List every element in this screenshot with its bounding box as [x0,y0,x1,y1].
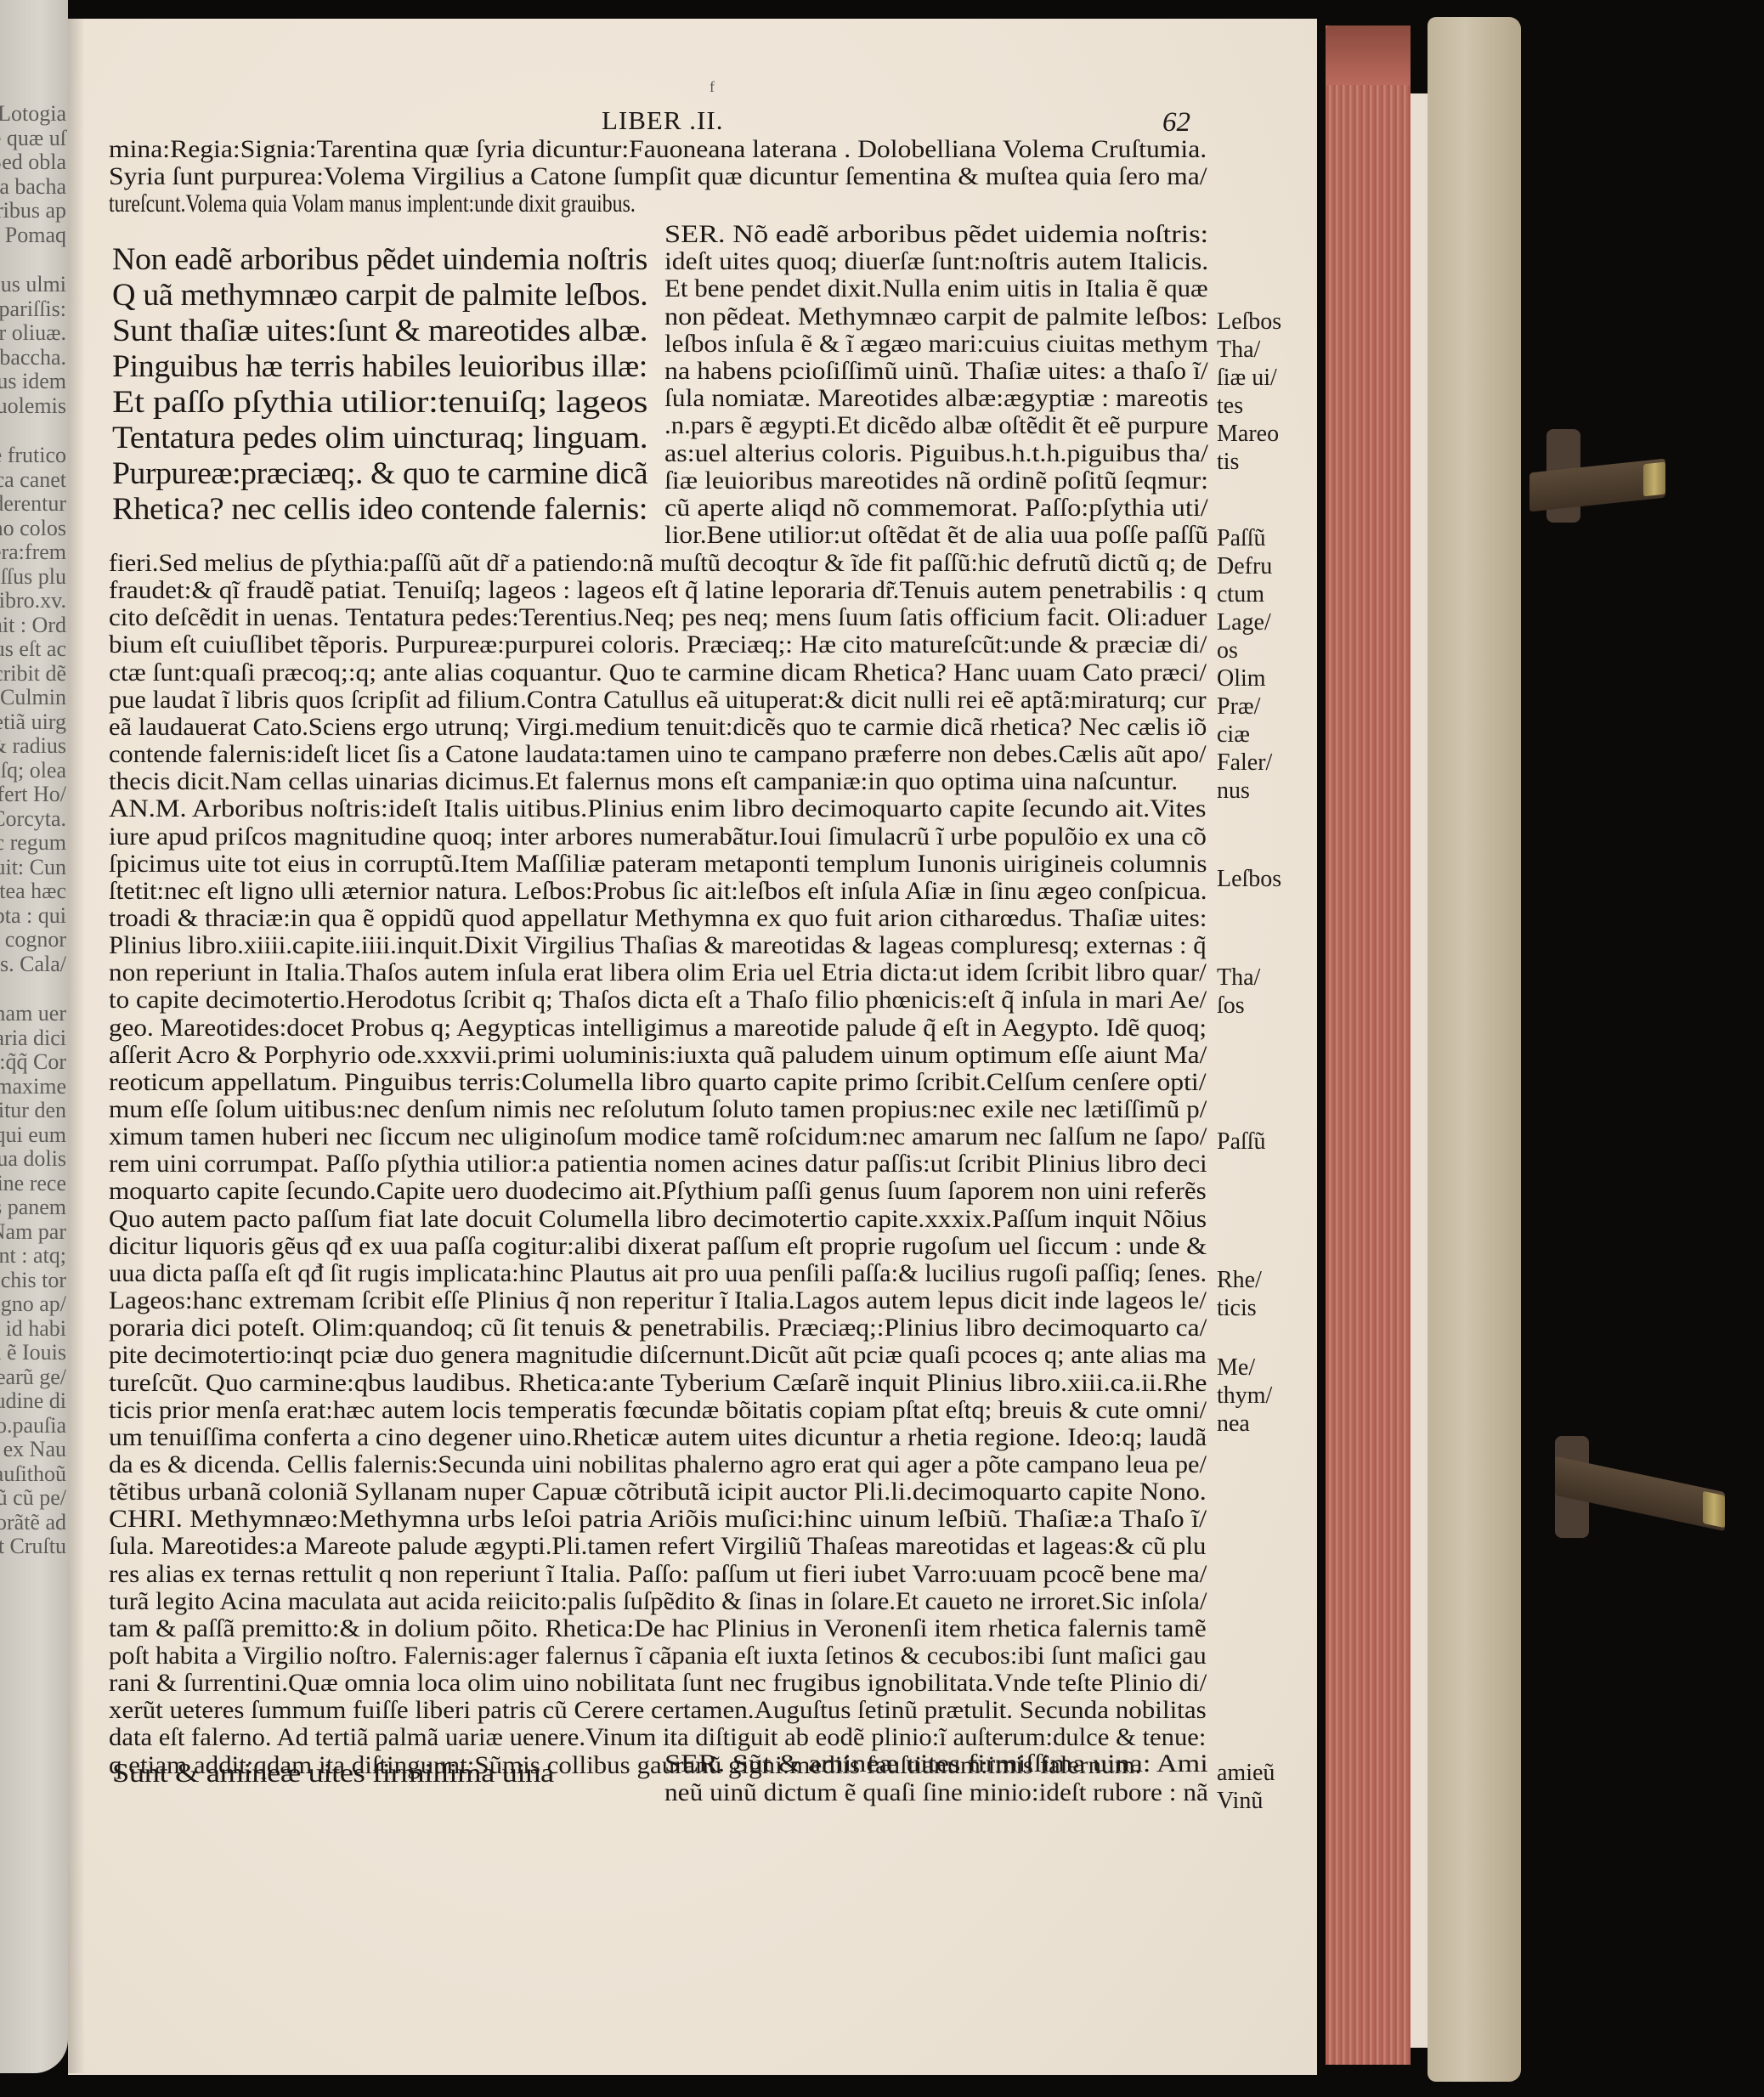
commentary-line-text: uua dicta paſſa eſt qđ ſit rugis implica… [109,1260,1207,1287]
margin-note: Rhe/ [1217,1266,1262,1294]
previous-page-text-fragment: rietatem. Lotogia [0,102,66,126]
intro-line: Syria ſunt purpurea:Volema Virgilius a C… [109,163,1209,190]
commentary-line-text: non reperiunt in Italia.Thaſos autem inſ… [109,959,1207,986]
previous-page-text-fragment: minus. Cala/ [0,952,66,976]
commentary-line-text: poſt habita a Virgilio noſtro. Falernis:… [109,1642,1207,1670]
margin-note: Faler/ [1217,749,1272,777]
closing-verse-line-text: Sunt & amineæ uites firmiſſima uina [112,1759,554,1786]
commentary-line: ctæ ſunt:quaſi præcoq;:q; ante alias coq… [109,659,1209,687]
commentary-line-text: Lageos:hanc extremam ſcribit eſſe Pliniu… [109,1287,1207,1314]
commentary-line-text: tam & paſſã premitto:& in dolium põito. … [109,1615,1207,1642]
servius-line-text: ſula nomiatæ. Mareotides albæ:ægyptiæ : … [664,385,1208,412]
commentary-line: iure apud priſcos magnitudine quoq; inte… [109,823,1209,851]
previous-page-text-fragment: : Naſcitur den [0,1099,66,1122]
commentary-line: bium eſt cuiuſlibet tẽporis. Purpureæ:pu… [109,631,1209,658]
commentary-line: rem uini corrumpat. Paſſo pſythia utilio… [109,1150,1209,1178]
previous-page-text-fragment: & cibum orãtẽ ad [0,1511,66,1535]
commentary-line-text: fieri.Sed melius de pſythia:paſſũ aũt dr… [109,550,1207,577]
commentary-line-text: aſſerit Acro & Porphyrio ode.xxxvii.prim… [109,1042,1207,1069]
servius-line: leſbos inſula ẽ & ĩ ægæo mari:cuius ciui… [664,331,1208,358]
previous-page-text-fragment: eſt regia etiã uirg [0,710,66,734]
commentary-line: res alias ex ternas rettulit q non reper… [109,1561,1209,1588]
servius-line: .n.pars ẽ ægypti.Et dicẽdo albæ oſtẽdit … [664,412,1208,439]
margin-note: Tha/ [1217,336,1260,364]
servius-line-text: ideſt uites quoq; diuerſæ ſunt:noſtris a… [664,248,1208,275]
verse-line-text: Pinguibus hæ terris habiles leuioribus i… [112,353,647,381]
commentary-line: thecis dicit.Nam cellas uinarias dicimus… [109,768,1209,795]
commentary-line: rani & ſurrentini.Quæ omnia loca olim ui… [109,1670,1209,1697]
margin-note: tis [1217,448,1239,476]
verse-line: Q uã methymnæo carpit de palmite leſbos. [112,282,632,309]
previous-page-text-fragment: ſumpta : qui [0,904,66,928]
intro-line-text: Syria ſunt purpurea:Volema Virgilius a C… [109,163,1207,190]
commentary-line-text: moquarto capite ſecundo.Capite uero duod… [109,1178,1207,1205]
commentary-line: um tenuiſſima conferta a cino degener ui… [109,1424,1209,1451]
commentary-line-text: da es & dicenda. Cellis falernis:Secunda… [109,1451,1207,1478]
previous-page-text-fragment: onuerſa ẽ quæ uſ [0,127,66,150]
margin-note: Defru [1217,552,1272,580]
commentary-line: Lageos:hanc extremam ſcribit eſſe Pliniu… [109,1287,1209,1314]
commentary-line-text: mum eſſe ſolum uitibus:nec denſum nimis … [109,1096,1207,1123]
commentary-line-text: Quo autem pacto paſſum fiat late docuit … [109,1206,1207,1233]
commentary-line: Quo autem pacto paſſum fiat late docuit … [109,1206,1209,1233]
closing-verse-line: Sunt & amineæ uites firmiſſima uina [112,1759,498,1786]
verse-line-text: Et paſſo pſythia utilior:tenuiſq; lageos [112,389,647,416]
previous-page-text-fragment: plures maxime [0,1075,66,1099]
commentary-line: moquarto capite ſecundo.Capite uero duod… [109,1178,1209,1205]
previous-page-text-fragment: ſtrem quæ frutico [0,444,66,467]
margin-note: Vinũ [1217,1787,1263,1815]
commentary-line: ſpicimus uite tot eius in corruptũ.Item … [109,851,1209,878]
commentary-line-text: tureſcũt. Quo carmine:qbus laudibus. Rhe… [109,1370,1207,1397]
previous-page-text-fragment: ite.vi. ſcribit dẽ [0,662,66,686]
margin-note: Præ/ [1217,692,1260,721]
previous-page-text-fragment: atimam uer [0,1002,66,1026]
commentary-line-text: pite decimotertio:inqt pciæ duo genera m… [109,1342,1207,1369]
previous-page-text-fragment: t.Lactea hæc [0,879,66,903]
commentary-line: dicitur liquoris gẽus qđ ex uua paſſa co… [109,1233,1209,1260]
commentary-line: geo. Mareotides:docet Probus q; Aegyptic… [109,1015,1209,1042]
margin-note: Olim [1217,664,1266,692]
previous-page-text-fragment: orbum:qui eum [0,1123,66,1147]
previous-page-text-fragment: ruacia bacchis tor [0,1269,66,1292]
commentary-line-text: dicitur liquoris gẽus qđ ex uua paſſa co… [109,1233,1207,1260]
commentary-line: tẽtibus urbanã coloniã Syllanam nuper Ca… [109,1478,1209,1506]
verse-line-text: Non eadẽ arboribus pẽdet uindemia noſtri… [112,246,647,274]
commentary-line: aſſerit Acro & Porphyrio ode.xxxvii.prim… [109,1042,1209,1069]
commentary-line-text: res alias ex ternas rettulit q non reper… [109,1561,1207,1588]
margin-note: Mareo [1217,420,1279,448]
margin-note: amieũ [1217,1759,1275,1787]
margin-note: thym/ [1217,1382,1272,1410]
previous-page-text-fragment: rtos: ac regum [0,831,66,855]
commentary-line: pue laudat ĩ libris quos ſcripſit ad fil… [109,687,1209,714]
previous-page-text-fragment: cypariſſis: [0,297,66,321]
commentary-line-text: ticis prior menſa erat:hæc autem locis t… [109,1397,1207,1424]
servius-line: non pẽdeat. Methymnæo carpit de palmite … [664,303,1208,331]
margin-note: ticis [1217,1294,1257,1322]
commentary-line: xerũt ueteres ſummum fuiſſe liberi patri… [109,1697,1209,1724]
signature-mark: f [710,78,715,96]
previous-page-text-fragment: um ex iis panem [0,1195,66,1219]
previous-page-text-fragment: e Cretæ.Nam par [0,1220,66,1244]
servius-line: ſula nomiatæ. Mareotides albæ:ægyptiæ : … [664,385,1208,412]
gutter-shadow [68,17,85,2073]
commentary-line-text: geo. Mareotides:docet Probus q; Aegyptic… [109,1015,1207,1042]
servius-line-text: as:uel alterius coloris. Piguibus.h.t.h.… [664,440,1208,467]
previous-page-text-fragment: Plinius libro.xv. [0,589,66,613]
servius-line: ideſt uites quoq; diuerſæ ſunt:noſtris a… [664,248,1208,275]
margin-note: Tha/ [1217,964,1260,992]
previous-page-text-fragment: o pepit Nauſithoũ [0,1462,66,1486]
servius-line: cũ aperte aliqd nõ commemorat. Paſſo:pſy… [664,495,1208,522]
servius-line-text: na habens pcioſiſſimũ uinũ. Thaſiæ uites… [664,358,1208,385]
previous-page-text-fragment: inſula Corcyta. [0,807,66,831]
brass-clasp-tip-icon [1643,462,1665,497]
previous-page-text-fragment: famaria dici [0,1026,66,1050]
commentary-line: cito deſcẽdit in uenas. Tentatura pedes:… [109,604,1209,631]
commentary-line-text: um tenuiſſima conferta a cino degener ui… [109,1424,1207,1451]
intro-line-text: tureſcunt.Volema quia Volam manus implen… [109,190,636,218]
commentary-line: contende falernis:ideſt licet ſis a Cato… [109,741,1209,768]
servius-line-text: lior.Bene utilior:ut oſtẽdat ẽt de alia … [664,522,1208,549]
commentary-line: tam & paſſã premitto:& in dolium põito. … [109,1615,1209,1642]
commentary-line: Plinius libro.xiiii.capite.iiii.inquit.D… [109,932,1209,959]
margin-note: ſos [1217,992,1245,1020]
previous-page-text-fragment: ilicis uiderentur [0,492,66,516]
previous-page-text-fragment: æ piro:q̃q̃ Cor [0,1050,66,1074]
commentary-line: poraria dici poteſt. Olim:quandoq; cũ ſi… [109,1314,1209,1342]
red-page-edges [1326,25,1411,2065]
margin-note: Leſbos [1217,308,1281,336]
margin-note: Paſſũ [1217,1128,1266,1156]
previous-page-text-fragment: tem ſic ait : Ord [0,613,66,637]
intro-line-text: mina:Regia:Signia:Tarentina quæ ſyria di… [109,136,1207,163]
servius-line-text: .n.pars ẽ ægypti.Et dicẽdo albæ oſtẽdit … [664,412,1208,439]
commentary-line-text: tẽtibus urbanã coloniã Syllanam nuper Ca… [109,1478,1207,1506]
margin-note: os [1217,636,1238,664]
commentary-line: troadi & thraciæ:in qua ẽ oppidũ quod ap… [109,905,1209,932]
previous-page-text-fragment: rgia:omniſq; olea [0,759,66,783]
servius-line-text: non pẽdeat. Methymnæo carpit de palmite … [664,303,1208,331]
previous-page-text-fragment: rtalibi:Floribus ap [0,199,66,223]
previous-page-text-fragment: as aduenent : atq; [0,1244,66,1268]
commentary-line-text: ſpicimus uite tot eius in corruptũ.Item … [109,851,1207,878]
previous-page-text-fragment: do: ligno colos [0,517,66,540]
previous-page-text-fragment: Næuia Culmin [0,686,66,709]
servius-line: ſiæ leuioribus mareotides nã ordinẽ poſi… [664,467,1208,495]
closing-servius-line-text: SER. Sũt & amineæ uites firmiſſima uina:… [664,1750,1208,1778]
verse-line-text: Purpureæ:præciæq;. & quo te carmine dicã [112,461,647,488]
commentary-line: CHRI. Methymnæo:Methymna urbs leſoi patr… [109,1506,1209,1533]
servius-line: SER. Nõ eadẽ arboribus pẽdet uidemia noſ… [664,221,1208,248]
commentary-line: ſula. Mareotides:a Mareote palude ægypti… [109,1533,1209,1560]
previous-page-text-fragment: nea eſt cibo.pauſia [0,1414,66,1438]
previous-page-text-fragment: nec fortibus ulmi [0,273,66,297]
previous-page-text-fragment: euiſſe & ob id habi [0,1317,66,1341]
commentary-line-text: to capite decimotertio.Herodotus ſcribit… [109,986,1207,1014]
previous-page-text-fragment: uibuſq; uolemis [0,394,66,418]
commentary-line: reoticum appellatum. Pinguibus terris:Co… [109,1069,1209,1096]
inner-board [1411,93,1428,2048]
commentary-line-text: rani & ſurrentini.Quæ omnia loca olim ui… [109,1670,1207,1697]
servius-line-text: SER. Nõ eadẽ arboribus pẽdet uidemia noſ… [664,221,1208,248]
servius-line-text: Et bene pendet dixit.Nulla enim uitis in… [664,275,1208,302]
previous-page-text-fragment: pauſia baccha. [0,346,66,370]
previous-page-text-fragment: .Non enim ẽ Iouis [0,1341,66,1365]
servius-line-text: cũ aperte aliqd nõ commemorat. Paſſo:pſy… [664,495,1208,522]
commentary-line-text: Plinius libro.xiiii.capite.iiii.inquit.D… [109,932,1207,959]
previous-page-text-fragment: s inquit: Cun [0,856,66,879]
commentary-line-text: data eſt falerno. Ad tertiã palmã uariæ … [109,1724,1206,1751]
verse-line: Rhetica? nec cellis ideo contende falern… [112,496,627,523]
previous-page-text-fragment: s cypariſſus plu [0,565,66,589]
commentary-line-text: pue laudat ĩ libris quos ſcripſit ad fil… [109,687,1207,714]
margin-note: Lage/ [1217,608,1271,636]
margin-note: nus [1217,777,1250,805]
commentary-line: poſt habita a Virgilio noſtro. Falernis:… [109,1642,1209,1670]
commentary-line: ximum tamen huberi nec ſiccum nec uligin… [109,1123,1209,1150]
brass-clasp-tip-icon [1703,1491,1725,1529]
commentary-line-text: ſtetit:nec eſt ligno ulli æternior natur… [109,878,1207,905]
commentary-line-text: bium eſt cuiuſlibet tẽporis. Purpureæ:pu… [109,631,1207,658]
commentary-line: AN.M. Arboribus noſtris:ideſt Italis uit… [109,795,1209,822]
previous-page-text-fragment: quia refert Ho/ [0,783,66,806]
verse-line: Sunt thaſiæ uites:ſunt & mareotides albæ… [112,318,619,345]
closing-servius-line: SER. Sũt & amineæ uites firmiſſima uina:… [664,1750,1208,1778]
commentary-line: fraudet:& qĩ fraudẽ patiat. Tenuiſq; lag… [109,577,1209,604]
margin-note: tes [1217,392,1243,420]
margin-note: nea [1217,1410,1250,1438]
commentary-line-text: eã laudauerat Cato.Sciens ergo utrunq; V… [109,714,1207,741]
verse-line-text: Sunt thaſiæ uites:ſunt & mareotides albæ… [112,318,647,345]
commentary-line-text: ximum tamen huberi nec ſiccum nec uligin… [109,1123,1207,1150]
previous-page-text-fragment: duo genera:frem [0,540,66,564]
commentary-line-text: cito deſcẽdit in uenas. Tentatura pedes:… [109,604,1207,631]
closing-servius-line-text: neũ uinũ dictum ẽ quaſi ſine minio:ideſt… [664,1779,1208,1806]
previous-page-text-fragment: oleæ genus eſt ac [0,637,66,661]
intro-line: tureſcunt.Volema quia Volam manus implen… [109,190,1209,218]
running-head: LIBER .II. [602,105,723,136]
vellum-cover [1428,17,1521,2082]
servius-line-text: leſbos inſula ẽ & ĩ ægæo mari:cuius ciui… [664,331,1208,358]
folio-number: 62 [1162,107,1190,138]
closing-servius-line: neũ uinũ dictum ẽ quaſi ſine minio:ideſt… [664,1779,1208,1806]
margin-note: Me/ [1217,1354,1255,1382]
previous-page-text-fragment: ex pheacũ ex Nau [0,1438,66,1461]
previous-page-text-fragment: aſcuntur oliuæ. [0,321,66,345]
servius-line: as:uel alterius coloris. Piguibus.h.t.h.… [664,440,1208,467]
verse-line: Tentatura pedes olim uincturaq; linguam. [112,425,616,452]
margin-note: ciæ [1217,721,1250,749]
intro-line: mina:Regia:Signia:Tarentina quæ ſyria di… [109,136,1209,163]
margin-note: ctum [1217,580,1264,608]
commentary-line: fieri.Sed melius de pſythia:paſſũ aũt dr… [109,550,1209,577]
verse-line-text: Tentatura pedes olim uincturaq; linguam. [112,425,647,452]
previous-page-text-fragment: : Erglauca canet [0,468,66,492]
commentary-line-text: fraudet:& qĩ fraudẽ patiat. Tenuiſq; lag… [109,577,1207,604]
servius-line-text: ſiæ leuioribus mareotides nã ordinẽ poſi… [664,467,1208,495]
previous-page-text-fragment: iõ funeri ſigno ap/ [0,1292,66,1316]
previous-page-text-fragment: um ad fluuiũ cũ pe/ [0,1486,66,1510]
commentary-line-text: turã legito Acina maculata aut acida rei… [109,1588,1207,1615]
commentary-line-text: ſula. Mareotides:a Mareote palude ægypti… [109,1533,1206,1560]
previous-page-text-fragment: m ſiliqua dolis [0,1147,66,1171]
page-edges-top [1326,25,1411,85]
servius-line: na habens pcioſiſſimũ uinũ. Thaſiæ uites… [664,358,1208,385]
servius-line: lior.Bene utilior:ut oſtẽdat ẽt de alia … [664,522,1208,549]
commentary-line-text: xerũt ueteres ſummum fuiſſe liberi patri… [109,1697,1207,1724]
commentary-line: ſtetit:nec eſt ligno ulli æternior natur… [109,878,1209,905]
previous-page-text-fragment: c furculus idem [0,370,66,393]
commentary-line-text: AN.M. Arboribus noſtris:ideſt Italis uit… [109,795,1206,822]
commentary-line-text: thecis dicit.Nam cellas uinarias dicimus… [109,768,1178,795]
previous-page-text-fragment: ficiens:Olearũ ge/ [0,1365,66,1389]
commentary-line-text: contende falernis:ideſt licet ſis a Cato… [109,741,1207,768]
verse-line: Pinguibus hæ terris habiles leuioribus i… [112,353,634,381]
previous-page-text-fragment: obiliora ſũt Cruſtu [0,1535,66,1558]
previous-page-text-fragment: amara pauſia bacha [0,175,66,199]
commentary-line-text: CHRI. Methymnæo:Methymna urbs leſoi patr… [109,1506,1207,1533]
previous-page-text-fragment: mologia: Sed obla [0,150,66,174]
commentary-line: uua dicta paſſa eſt qđ ſit rugis implica… [109,1260,1209,1287]
previous-page-text-fragment: s quoq; & radius [0,734,66,758]
commentary-line-text: troadi & thraciæ:in qua ẽ oppidũ quod ap… [109,905,1207,932]
commentary-line: mum eſſe ſolum uitibus:nec denſum nimis … [109,1096,1209,1123]
servius-line: Et bene pendet dixit.Nulla enim uitis in… [664,275,1208,302]
commentary-line-text: iure apud priſcos magnitudine quoq; inte… [109,823,1207,851]
commentary-line: to capite decimotertio.Herodotus ſcribit… [109,986,1209,1014]
margin-note: Leſbos [1217,865,1281,893]
commentary-line: data eſt falerno. Ad tertiã palmã uariæ … [109,1724,1209,1751]
commentary-line-text: rem uini corrumpat. Paſſo pſythia utilio… [109,1150,1207,1178]
commentary-line: ticis prior menſa erat:hæc autem locis t… [109,1397,1209,1424]
previous-page-text-fragment: em nomine rece [0,1172,66,1195]
margin-note: ſiæ ui/ [1217,364,1277,392]
verse-line-text: Rhetica? nec cellis ideo contende falern… [112,496,647,523]
verse-line-text: Q uã methymnæo carpit de palmite leſbos. [112,282,647,309]
verse-line: Et paſſo pſythia utilior:tenuiſq; lageos [112,389,570,416]
verse-line: Non eadẽ arboribus pẽdet uindemia noſtri… [112,246,633,274]
commentary-line-text: reoticum appellatum. Pinguibus terris:Co… [109,1069,1207,1096]
commentary-line: tureſcũt. Quo carmine:qbus laudibus. Rhe… [109,1370,1209,1397]
previous-page-text-fragment: s a longitudine di [0,1389,66,1413]
verse-line: Purpureæ:præciæq;. & quo te carmine dicã [112,461,638,488]
commentary-line: turã legito Acina maculata aut acida rei… [109,1588,1209,1615]
previous-page-curl: rietatem. Lotogiaonuerſa ẽ quæ uſmologia… [0,0,68,2073]
commentary-line: non reperiunt in Italia.Thaſos autem inſ… [109,959,1209,986]
margin-note: Paſſũ [1217,524,1266,552]
commentary-line-text: poraria dici poteſt. Olim:quandoq; cũ ſi… [109,1314,1207,1342]
commentary-line: eã laudauerat Cato.Sciens ergo utrunq; V… [109,714,1209,741]
commentary-line-text: ctæ ſunt:quaſi præcoq;:q; ante alias coq… [109,659,1207,687]
previous-page-text-fragment: rrani cognor [0,928,66,952]
commentary-line: pite decimotertio:inqt pciæ duo genera m… [109,1342,1209,1369]
previous-page-text-fragment: nõ ẽ uiride. Pomaq [0,223,66,247]
commentary-line: da es & dicenda. Cellis falernis:Secunda… [109,1451,1209,1478]
